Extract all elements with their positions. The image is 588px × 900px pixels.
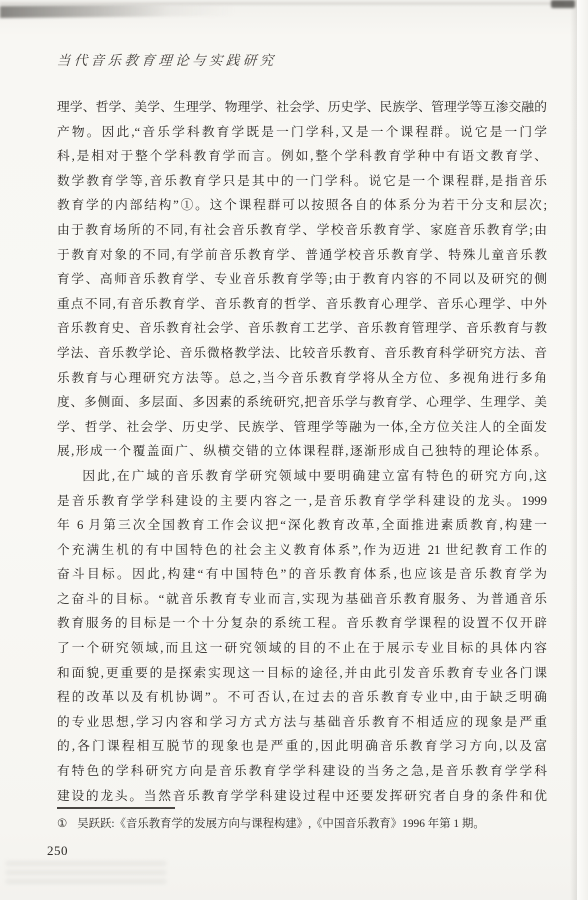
text-line: 年 6 月第三次全国教育工作会议把“深化教育改革,全面推进素质教育,构建一: [57, 513, 547, 538]
scan-artifact-page-edge: [577, 0, 588, 900]
text-line: 奋斗目标。因此,构建“有中国特色”的音乐教育体系,也应该是音乐教育学为: [57, 562, 547, 587]
text-line: 建设的龙头。当然音乐教育学学科建设过程中还要发挥研究者自身的条件和优: [57, 784, 547, 809]
text-line: 的,各门课程相互脱节的现象也是严重的,因此明确音乐教育学习方向,以及富: [57, 734, 547, 759]
text-line: 科,是相对于整个学科教育学而言。例如,整个学科教育学种中有语文教育学、: [57, 144, 547, 169]
text-line: 因此,在广域的音乐教育学研究领域中要明确建立富有特色的研究方向,这: [57, 464, 547, 489]
text-line: 教育学的内部结构”①。这个课程群可以按照各自的体系分为若干分支和层次;: [57, 193, 547, 218]
text-line: 育学、高师音乐教育学、专业音乐教育学等;由于教育内容的不同以及研究的侧: [57, 267, 547, 292]
footnote-text: 吴跃跃:《音乐教育学的发展方向与课程构建》,《中国音乐教育》1996 年第 1 …: [77, 818, 485, 830]
paragraph: 因此,在广域的音乐教育学研究领域中要明确建立富有特色的研究方向,这是音乐教育学学…: [57, 464, 547, 808]
text-line: 展,形成一个覆盖面广、纵横交错的立体课程群,逐渐形成自己独特的理论体系。: [57, 439, 547, 464]
paragraph: 理学、哲学、美学、生理学、物理学、社会学、历史学、民族学、管理学等互渗交融的产物…: [57, 95, 547, 464]
text-line: 之奋斗的目标。“就音乐教育专业而言,实现为基础音乐教育服务、为普通音乐: [57, 587, 547, 612]
text-line: 的专业思想,学习内容和学习方式方法与基础音乐教育不相适应的现象是严重: [57, 710, 547, 735]
text-line: 音乐教育史、音乐教育社会学、音乐教育工艺学、音乐教育管理学、音乐教育与教: [57, 316, 547, 341]
text-line: 于教育对象的不同,有学前音乐教育学、普通学校音乐教育学、特殊儿童音乐教: [57, 243, 547, 268]
footnote: ①吴跃跃:《音乐教育学的发展方向与课程构建》,《中国音乐教育》1996 年第 1…: [57, 816, 535, 832]
text-line: 理学、哲学、美学、生理学、物理学、社会学、历史学、民族学、管理学等互渗交融的: [57, 95, 547, 120]
text-line: 产物。因此,“音乐学科教育学既是一门学科,又是一个课程群。说它是一门学: [57, 120, 547, 145]
text-line: 和面貌,更重要的是探索实现这一目标的途径,并由此引发音乐教育专业各门课: [57, 661, 547, 686]
scan-artifact-top-shadow: [0, 4, 235, 18]
text-line: 重点不同,有音乐教育学、音乐教育的哲学、音乐教育心理学、音乐心理学、中外: [57, 292, 547, 317]
text-line: 学法、音乐教学论、音乐微格教学法、比较音乐教育、音乐教育科学研究方法、音: [57, 341, 547, 366]
scan-artifact-right-seam: [570, 0, 577, 900]
footnote-marker: ①: [57, 818, 67, 830]
text-line: 了一个研究领域,而且这一研究领域的目的不止在于展示专业目标的具体内容: [57, 636, 547, 661]
text-line: 乐教育与心理研究方法等。总之,当今音乐教育学将从全方位、多视角进行多角: [57, 366, 547, 391]
text-line: 学、哲学、社会学、历史学、民族学、管理学等融为一体,全方位关注人的全面发: [57, 415, 547, 440]
footnote-divider: [57, 807, 175, 809]
text-line: 是音乐教育学学科建设的主要内容之一,是音乐教育学学科建设的龙头。1999: [57, 489, 547, 514]
text-line: 度、多侧面、多层面、多因素的系统研究,把音乐学与教育学、心理学、生理学、美: [57, 390, 547, 415]
text-line: 教育服务的目标是一个十分复杂的系统工程。音乐教育学课程的设置不仅开辟: [57, 611, 547, 636]
text-line: 个充满生机的有中国特色的社会主义教育体系”,作为迈进 21 世纪教育工作的: [57, 538, 547, 563]
text-line: 程的改革以及有机协调”。不可否认,在过去的音乐教育专业中,由于缺乏明确: [57, 685, 547, 710]
text-line: 有特色的学科研究方向是音乐教育学学科建设的当务之急,是音乐教育学学科: [57, 759, 547, 784]
running-head-book-title: 当代音乐教育理论与实践研究: [56, 49, 277, 69]
scan-artifact-bottom-smudge: [6, 862, 166, 888]
page-number: 250: [47, 843, 68, 859]
body-text: 理学、哲学、美学、生理学、物理学、社会学、历史学、民族学、管理学等互渗交融的产物…: [57, 95, 547, 808]
text-line: 由于教育场所的不同,有社会音乐教育学、学校音乐教育学、家庭音乐教育学;由: [57, 218, 547, 243]
scanned-book-page: 当代音乐教育理论与实践研究 理学、哲学、美学、生理学、物理学、社会学、历史学、民…: [0, 0, 588, 900]
text-line: 数学教育学等,音乐教育学只是其中的一门学科。说它是一个课程群,是指音乐: [57, 169, 547, 194]
